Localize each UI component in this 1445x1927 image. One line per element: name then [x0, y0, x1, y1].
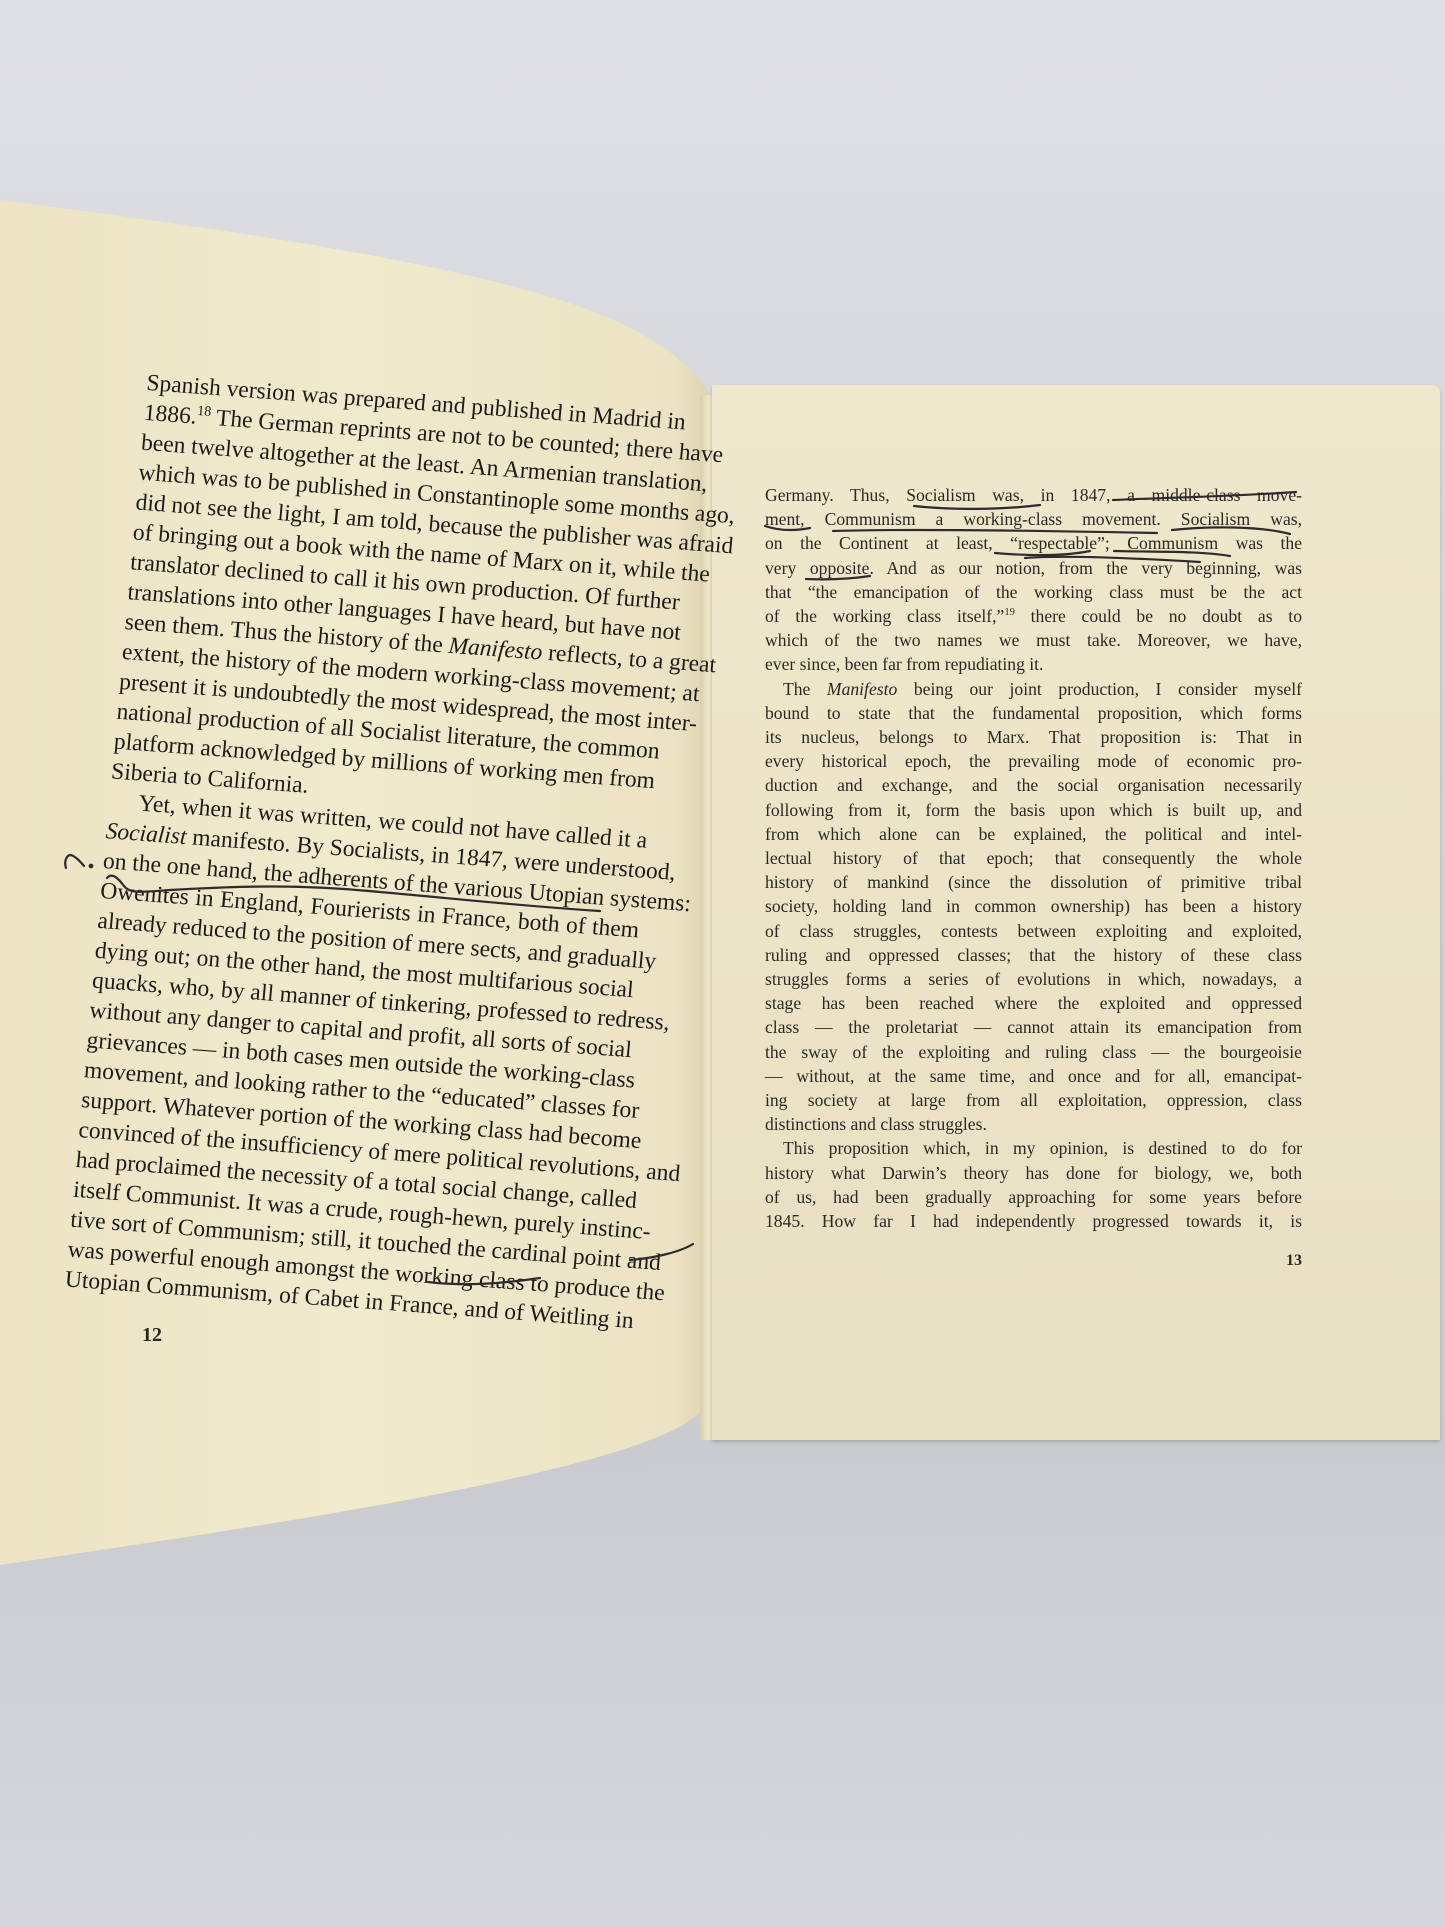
text-line: struggles forms a series of evolutions i… [765, 967, 1302, 991]
page-number-left: 12 [142, 1324, 162, 1347]
text-line: history what Darwin’s theory has done fo… [765, 1161, 1302, 1185]
text-line: following from it, form the basis upon w… [765, 798, 1302, 822]
margin-mark [65, 855, 84, 868]
right-page-body: Germany. Thus, Socialism was, in 1847, a… [765, 483, 1305, 1233]
text-line: ing society at large from all exploitati… [765, 1088, 1302, 1112]
text-line: society, holding land in common ownershi… [765, 894, 1302, 918]
text-line: — without, at the same time, and once an… [765, 1064, 1302, 1088]
text-line: The Manifesto being our joint production… [765, 677, 1302, 701]
text-line: 1845. How far I had independently progre… [765, 1209, 1302, 1233]
text-line: the sway of the exploiting and ruling cl… [765, 1040, 1302, 1064]
text-line: lectual history of that epoch; that cons… [765, 846, 1302, 870]
text-line: on the Continent at least, “respectable”… [765, 531, 1302, 555]
text-line: very opposite. And as our notion, from t… [765, 556, 1302, 580]
text-line: of the working class itself,”19 there co… [765, 604, 1302, 628]
text-line: This proposition which, in my opinion, i… [765, 1136, 1302, 1160]
text-line: distinctions and class struggles. [765, 1112, 1302, 1136]
text-line: history of mankind (since the dissolutio… [765, 870, 1302, 894]
text-line: duction and exchange, and the social org… [765, 773, 1302, 797]
text-line: ever since, been far from repudiating it… [765, 652, 1302, 676]
text-line: Germany. Thus, Socialism was, in 1847, a… [765, 483, 1302, 507]
text-line: which of the two names we must take. Mor… [765, 628, 1302, 652]
left-page-body: Spanish version was prepared and publish… [64, 368, 707, 1335]
text-line: of class struggles, contests between exp… [765, 919, 1302, 943]
page-number-right: 13 [1286, 1252, 1302, 1270]
text-line: every historical epoch, the prevailing m… [765, 749, 1302, 773]
footnote-ref: 18 [196, 403, 212, 420]
footnote-ref: 19 [1004, 607, 1015, 618]
text-line: ment, Communism a working-class movement… [765, 507, 1302, 531]
text-line: that “the emancipation of the working cl… [765, 580, 1302, 604]
text-line: ruling and oppressed classes; that the h… [765, 943, 1302, 967]
text-line: stage has been reached where the exploit… [765, 991, 1302, 1015]
text-line: its nucleus, belongs to Marx. That propo… [765, 725, 1302, 749]
text-line: class — the proletariat — cannot attain … [765, 1015, 1302, 1039]
text-line: bound to state that the fundamental prop… [765, 701, 1302, 725]
text-line: from which alone can be explained, the p… [765, 822, 1302, 846]
text-line: of us, had been gradually approaching fo… [765, 1185, 1302, 1209]
